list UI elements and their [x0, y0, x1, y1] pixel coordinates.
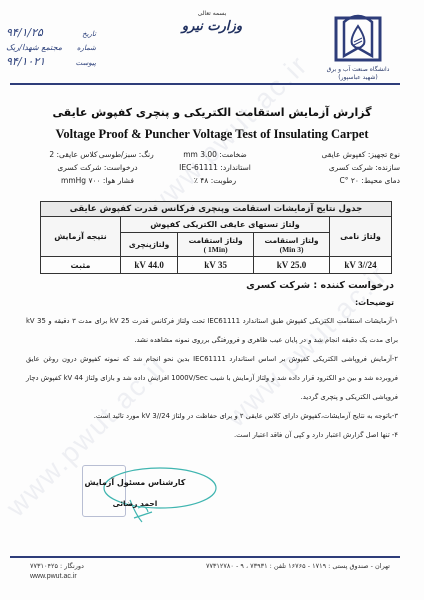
results-table: جدول نتایج آزمایشات استقامت وپنچری فرکان…	[40, 201, 392, 274]
withstand-1min-value: 35 kV	[178, 257, 254, 274]
note-item: ۲-آزمایش فروپاشی الکتریکی کفپوش بر اساس …	[26, 350, 398, 407]
signer-role: کارشناس مسئول آزمایش	[80, 478, 190, 487]
equipment-info: نوع تجهیز: کفپوش عایقی ضخامت: 3.00 mm رن…	[40, 148, 400, 187]
info-row: سازنده: شرکت کسری استاندارد: IEC-61111 د…	[40, 161, 400, 174]
signature-block: کارشناس مسئول آزمایش احمد رضائی	[80, 478, 190, 508]
ministry-name: وزارت نیرو	[160, 19, 264, 34]
footer-website[interactable]: www.pwut.ac.ir	[30, 573, 390, 580]
note-item: ۳-باتوجه به نتایج آزمایشات،کفپوش دارای ک…	[26, 407, 398, 426]
withstand-3min-value: 25.0 kV	[254, 257, 330, 274]
notes-list: ۱-آزمایشات استقامت الکتریکی کفپوش طبق اس…	[26, 312, 398, 445]
header-withstand-1min: ولتاژ استقامت (1Min )	[178, 233, 254, 257]
date-value: ۹۴/۱/۲۵	[6, 26, 43, 39]
number-value: مجتمع شهدا/ریک	[6, 41, 62, 54]
header-divider	[10, 83, 400, 85]
header-puncture-voltage: ولتاژپنچری	[121, 233, 178, 257]
report-title-persian: گزارش آزمایش استقامت الکتریکی و پنچری کف…	[0, 106, 424, 119]
table-caption: جدول نتایج آزمایشات استقامت وپنچری فرکان…	[41, 202, 392, 217]
note-item: ۱-آزمایشات استقامت الکتریکی کفپوش طبق اس…	[26, 312, 398, 350]
footer-divider	[10, 556, 400, 558]
notes-title: توضیحات:	[355, 298, 394, 307]
university-caption: دانشگاه صنعت آب و برق (شهید عباسپور)	[322, 66, 394, 82]
header-test-voltages: ولتاژ تستهای عایقی الکتریکی کفپوش	[121, 217, 330, 233]
handwritten-reference: تاریخ ۹۴/۱/۲۵ شماره مجتمع شهدا/ریک پیوست…	[6, 26, 96, 70]
document-page: www.pwut.ac.ir www.pwut.ac.ir www.pwut.a…	[0, 0, 424, 600]
footer-address: تهران - صندوق پستی : ۱۷۱۹ - ۱۶۷۶۵ تلفن :…	[206, 562, 390, 570]
basmala: بسمه تعالی	[160, 10, 264, 17]
date-row: تاریخ ۹۴/۱/۲۵	[6, 26, 96, 41]
header-withstand-3min: ولتاژ استقامت (3 Min)	[254, 233, 330, 257]
signer-name: احمد رضائی	[80, 499, 190, 508]
footer-fax: دورنگار : ۷۷۳۱۰۴۲۵	[30, 562, 84, 570]
report-title-english: Voltage Proof & Puncher Voltage Test of …	[0, 127, 424, 142]
info-row: دمای محیط: ۲۰ °C رطوبت: ۴۸ ٪ فشار هوا: ۷…	[40, 174, 400, 187]
attachment-value: ۹۴/۱۰۲۱	[6, 55, 45, 68]
nominal-voltage-value: 24//3 kV	[330, 257, 392, 274]
university-logo-icon	[332, 12, 384, 64]
info-row: نوع تجهیز: کفپوش عایقی ضخامت: 3.00 mm رن…	[40, 148, 400, 161]
requester: درخواست کننده : شرکت کسری	[246, 280, 394, 291]
note-item: ۴- تنها اصل گزارش اعتبار دارد و کپی آن ف…	[26, 426, 398, 445]
header-nominal-voltage: ولتاژ نامی	[330, 217, 392, 257]
test-result-value: مثبت	[41, 257, 121, 274]
puncture-voltage-value: 44.0 kV	[121, 257, 178, 274]
header-test-result: نتیجه آزمایش	[41, 217, 121, 257]
footer: تهران - صندوق پستی : ۱۷۱۹ - ۱۶۷۶۵ تلفن :…	[30, 562, 390, 580]
table-row: 24//3 kV 25.0 kV 35 kV 44.0 kV مثبت	[41, 257, 392, 274]
ministry-heading: بسمه تعالی وزارت نیرو	[160, 10, 264, 34]
attachment-row: پیوست ۹۴/۱۰۲۱	[6, 55, 96, 70]
number-row: شماره مجتمع شهدا/ریک	[6, 41, 96, 55]
footer-address-line: تهران - صندوق پستی : ۱۷۱۹ - ۱۶۷۶۵ تلفن :…	[30, 562, 390, 570]
